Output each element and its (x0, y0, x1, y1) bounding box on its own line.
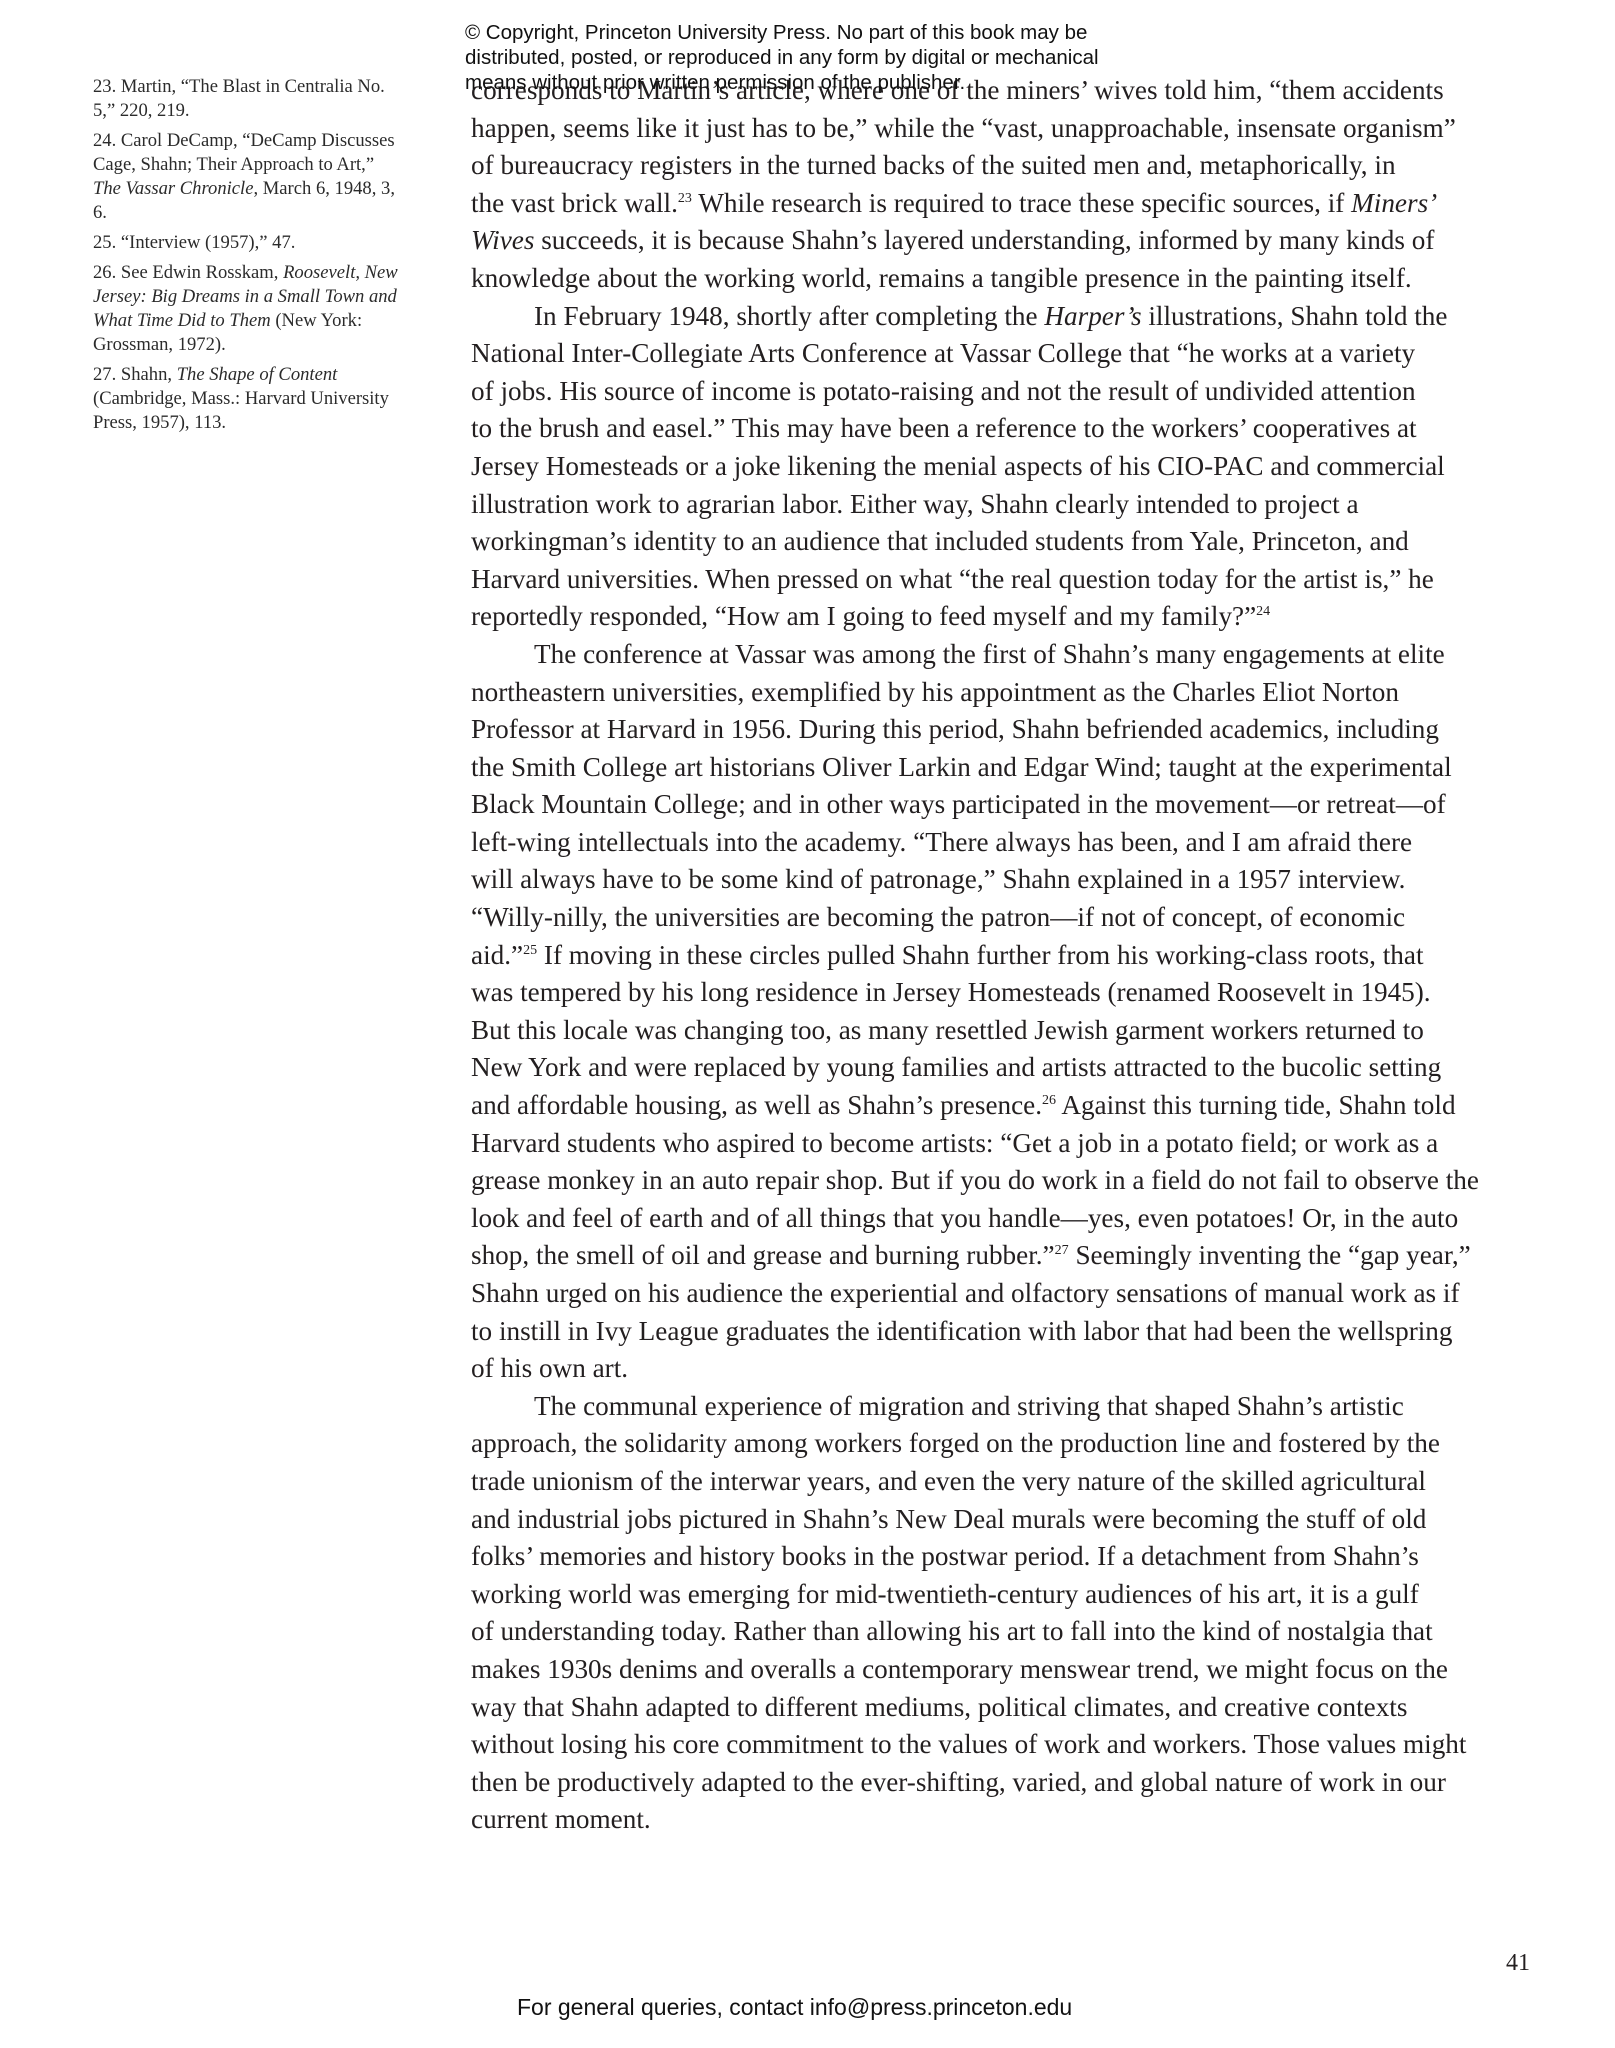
text-span: the vast brick wall. (471, 188, 678, 218)
text-line: working world was emerging for mid-twent… (471, 1576, 1581, 1614)
text-line: workingman’s identity to an audience tha… (471, 523, 1581, 561)
note-number: 27. (93, 364, 116, 385)
text-line: then be productively adapted to the ever… (471, 1764, 1581, 1802)
text-span: and affordable housing, as well as Shahn… (471, 1090, 1042, 1120)
text-line: Harvard universities. When pressed on wh… (471, 561, 1581, 599)
text-line: illustration work to agrarian labor. Eit… (471, 486, 1581, 524)
paragraph-start: The communal experience of migration and… (471, 1388, 1581, 1426)
text-line: of bureaucracy registers in the turned b… (471, 147, 1581, 185)
text-line: without losing his core commitment to th… (471, 1726, 1581, 1764)
note-23: 23. Martin, “The Blast in Centralia No. … (93, 75, 403, 123)
footnote-ref-27[interactable]: 27 (1055, 1243, 1069, 1258)
text-line: Wives succeeds, it is because Shahn’s la… (471, 222, 1581, 260)
note-number: 23. (93, 76, 116, 97)
text-line: and affordable housing, as well as Shahn… (471, 1087, 1581, 1125)
text-line: and industrial jobs pictured in Shahn’s … (471, 1501, 1581, 1539)
note-25: 25. “Interview (1957),” 47. (93, 231, 403, 255)
text-line: knowledge about the working world, remai… (471, 260, 1581, 298)
note-text: “Interview (1957),” 47. (116, 232, 295, 253)
text-span: In February 1948, shortly after completi… (534, 301, 1044, 331)
text-line: northeastern universities, exemplified b… (471, 674, 1581, 712)
paragraph-start: The conference at Vassar was among the f… (471, 636, 1581, 674)
text-line: left-wing intellectuals into the academy… (471, 824, 1581, 862)
text-line: Professor at Harvard in 1956. During thi… (471, 711, 1581, 749)
text-line: trade unionism of the interwar years, an… (471, 1463, 1581, 1501)
text-line: of understanding today. Rather than allo… (471, 1613, 1581, 1651)
text-line: the vast brick wall.23 While research is… (471, 185, 1581, 223)
text-line: “Willy-nilly, the universities are becom… (471, 899, 1581, 937)
text-line: reportedly responded, “How am I going to… (471, 598, 1581, 636)
text-line: shop, the smell of oil and grease and bu… (471, 1237, 1581, 1275)
text-line: Black Mountain College; and in other way… (471, 786, 1581, 824)
text-span: reportedly responded, “How am I going to… (471, 601, 1256, 631)
note-text: (Cambridge, Mass.: Harvard University Pr… (93, 388, 389, 433)
main-body-text: corresponds to Martin’s article, where o… (471, 72, 1581, 1839)
text-line: current moment. (471, 1801, 1581, 1839)
note-24: 24. Carol DeCamp, “DeCamp Discusses Cage… (93, 129, 403, 225)
text-line: makes 1930s denims and overalls a contem… (471, 1651, 1581, 1689)
footer-contact: For general queries, contact info@press.… (517, 1994, 1072, 2021)
note-title-italic: The Vassar Chronicle (93, 178, 253, 199)
text-line: New York and were replaced by young fami… (471, 1049, 1581, 1087)
footnote-ref-23[interactable]: 23 (678, 191, 692, 206)
note-27: 27. Shahn, The Shape of Content (Cambrid… (93, 363, 403, 435)
text-line: grease monkey in an auto repair shop. Bu… (471, 1162, 1581, 1200)
artwork-title: Wives (471, 225, 534, 255)
text-span: If moving in these circles pulled Shahn … (537, 940, 1423, 970)
artwork-title: Miners’ (1351, 188, 1437, 218)
text-line: to the brush and easel.” This may have b… (471, 410, 1581, 448)
text-line: the Smith College art historians Oliver … (471, 749, 1581, 787)
page-number: 41 (1506, 1950, 1530, 1977)
footnote-ref-24[interactable]: 24 (1256, 604, 1270, 619)
text-line: to instill in Ivy League graduates the i… (471, 1313, 1581, 1351)
copyright-line: distributed, posted, or reproduced in an… (465, 45, 1185, 70)
text-span: While research is required to trace thes… (698, 188, 1351, 218)
note-text: Shahn, (116, 364, 176, 385)
text-line: look and feel of earth and of all things… (471, 1200, 1581, 1238)
text-line: was tempered by his long residence in Je… (471, 974, 1581, 1012)
note-text: See Edwin Rosskam, (116, 262, 283, 283)
note-title-italic: The Shape of Content (177, 364, 338, 385)
note-text: Carol DeCamp, “DeCamp Discusses Cage, Sh… (93, 130, 395, 175)
magazine-title: Harper’s (1044, 301, 1141, 331)
note-number: 26. (93, 262, 116, 283)
text-span: shop, the smell of oil and grease and bu… (471, 1240, 1055, 1270)
paragraph-start: In February 1948, shortly after completi… (471, 298, 1581, 336)
note-number: 25. (93, 232, 116, 253)
footnote-ref-26[interactable]: 26 (1042, 1093, 1056, 1108)
text-span: illustrations, Shahn told the (1142, 301, 1448, 331)
text-line: happen, seems like it just has to be,” w… (471, 110, 1581, 148)
text-line: National Inter-Collegiate Arts Conferenc… (471, 335, 1581, 373)
text-line: will always have to be some kind of patr… (471, 861, 1581, 899)
text-span: aid.” (471, 940, 523, 970)
text-line: Jersey Homesteads or a joke likening the… (471, 448, 1581, 486)
text-line: Shahn urged on his audience the experien… (471, 1275, 1581, 1313)
text-line: Harvard students who aspired to become a… (471, 1125, 1581, 1163)
text-line: But this locale was changing too, as man… (471, 1012, 1581, 1050)
text-line: way that Shahn adapted to different medi… (471, 1689, 1581, 1727)
note-26: 26. See Edwin Rosskam, Roosevelt, New Je… (93, 261, 403, 357)
text-span: Seemingly inventing the “gap year,” (1069, 1240, 1471, 1270)
note-text: Martin, “The Blast in Centralia No. 5,” … (93, 76, 385, 121)
text-line: folks’ memories and history books in the… (471, 1538, 1581, 1576)
copyright-notice: © Copyright, Princeton University Press.… (465, 20, 1185, 95)
footnote-ref-25[interactable]: 25 (523, 943, 537, 958)
text-line: aid.”25 If moving in these circles pulle… (471, 937, 1581, 975)
text-span: succeeds, it is because Shahn’s layered … (534, 225, 1434, 255)
copyright-line: means without prior written permission o… (465, 70, 1185, 95)
text-line: of his own art. (471, 1350, 1581, 1388)
text-line: approach, the solidarity among workers f… (471, 1425, 1581, 1463)
endnotes-column: 23. Martin, “The Blast in Centralia No. … (93, 75, 403, 441)
text-span: Against this turning tide, Shahn told (1056, 1090, 1456, 1120)
copyright-line: © Copyright, Princeton University Press.… (465, 20, 1185, 45)
note-number: 24. (93, 130, 116, 151)
text-line: of jobs. His source of income is potato-… (471, 373, 1581, 411)
